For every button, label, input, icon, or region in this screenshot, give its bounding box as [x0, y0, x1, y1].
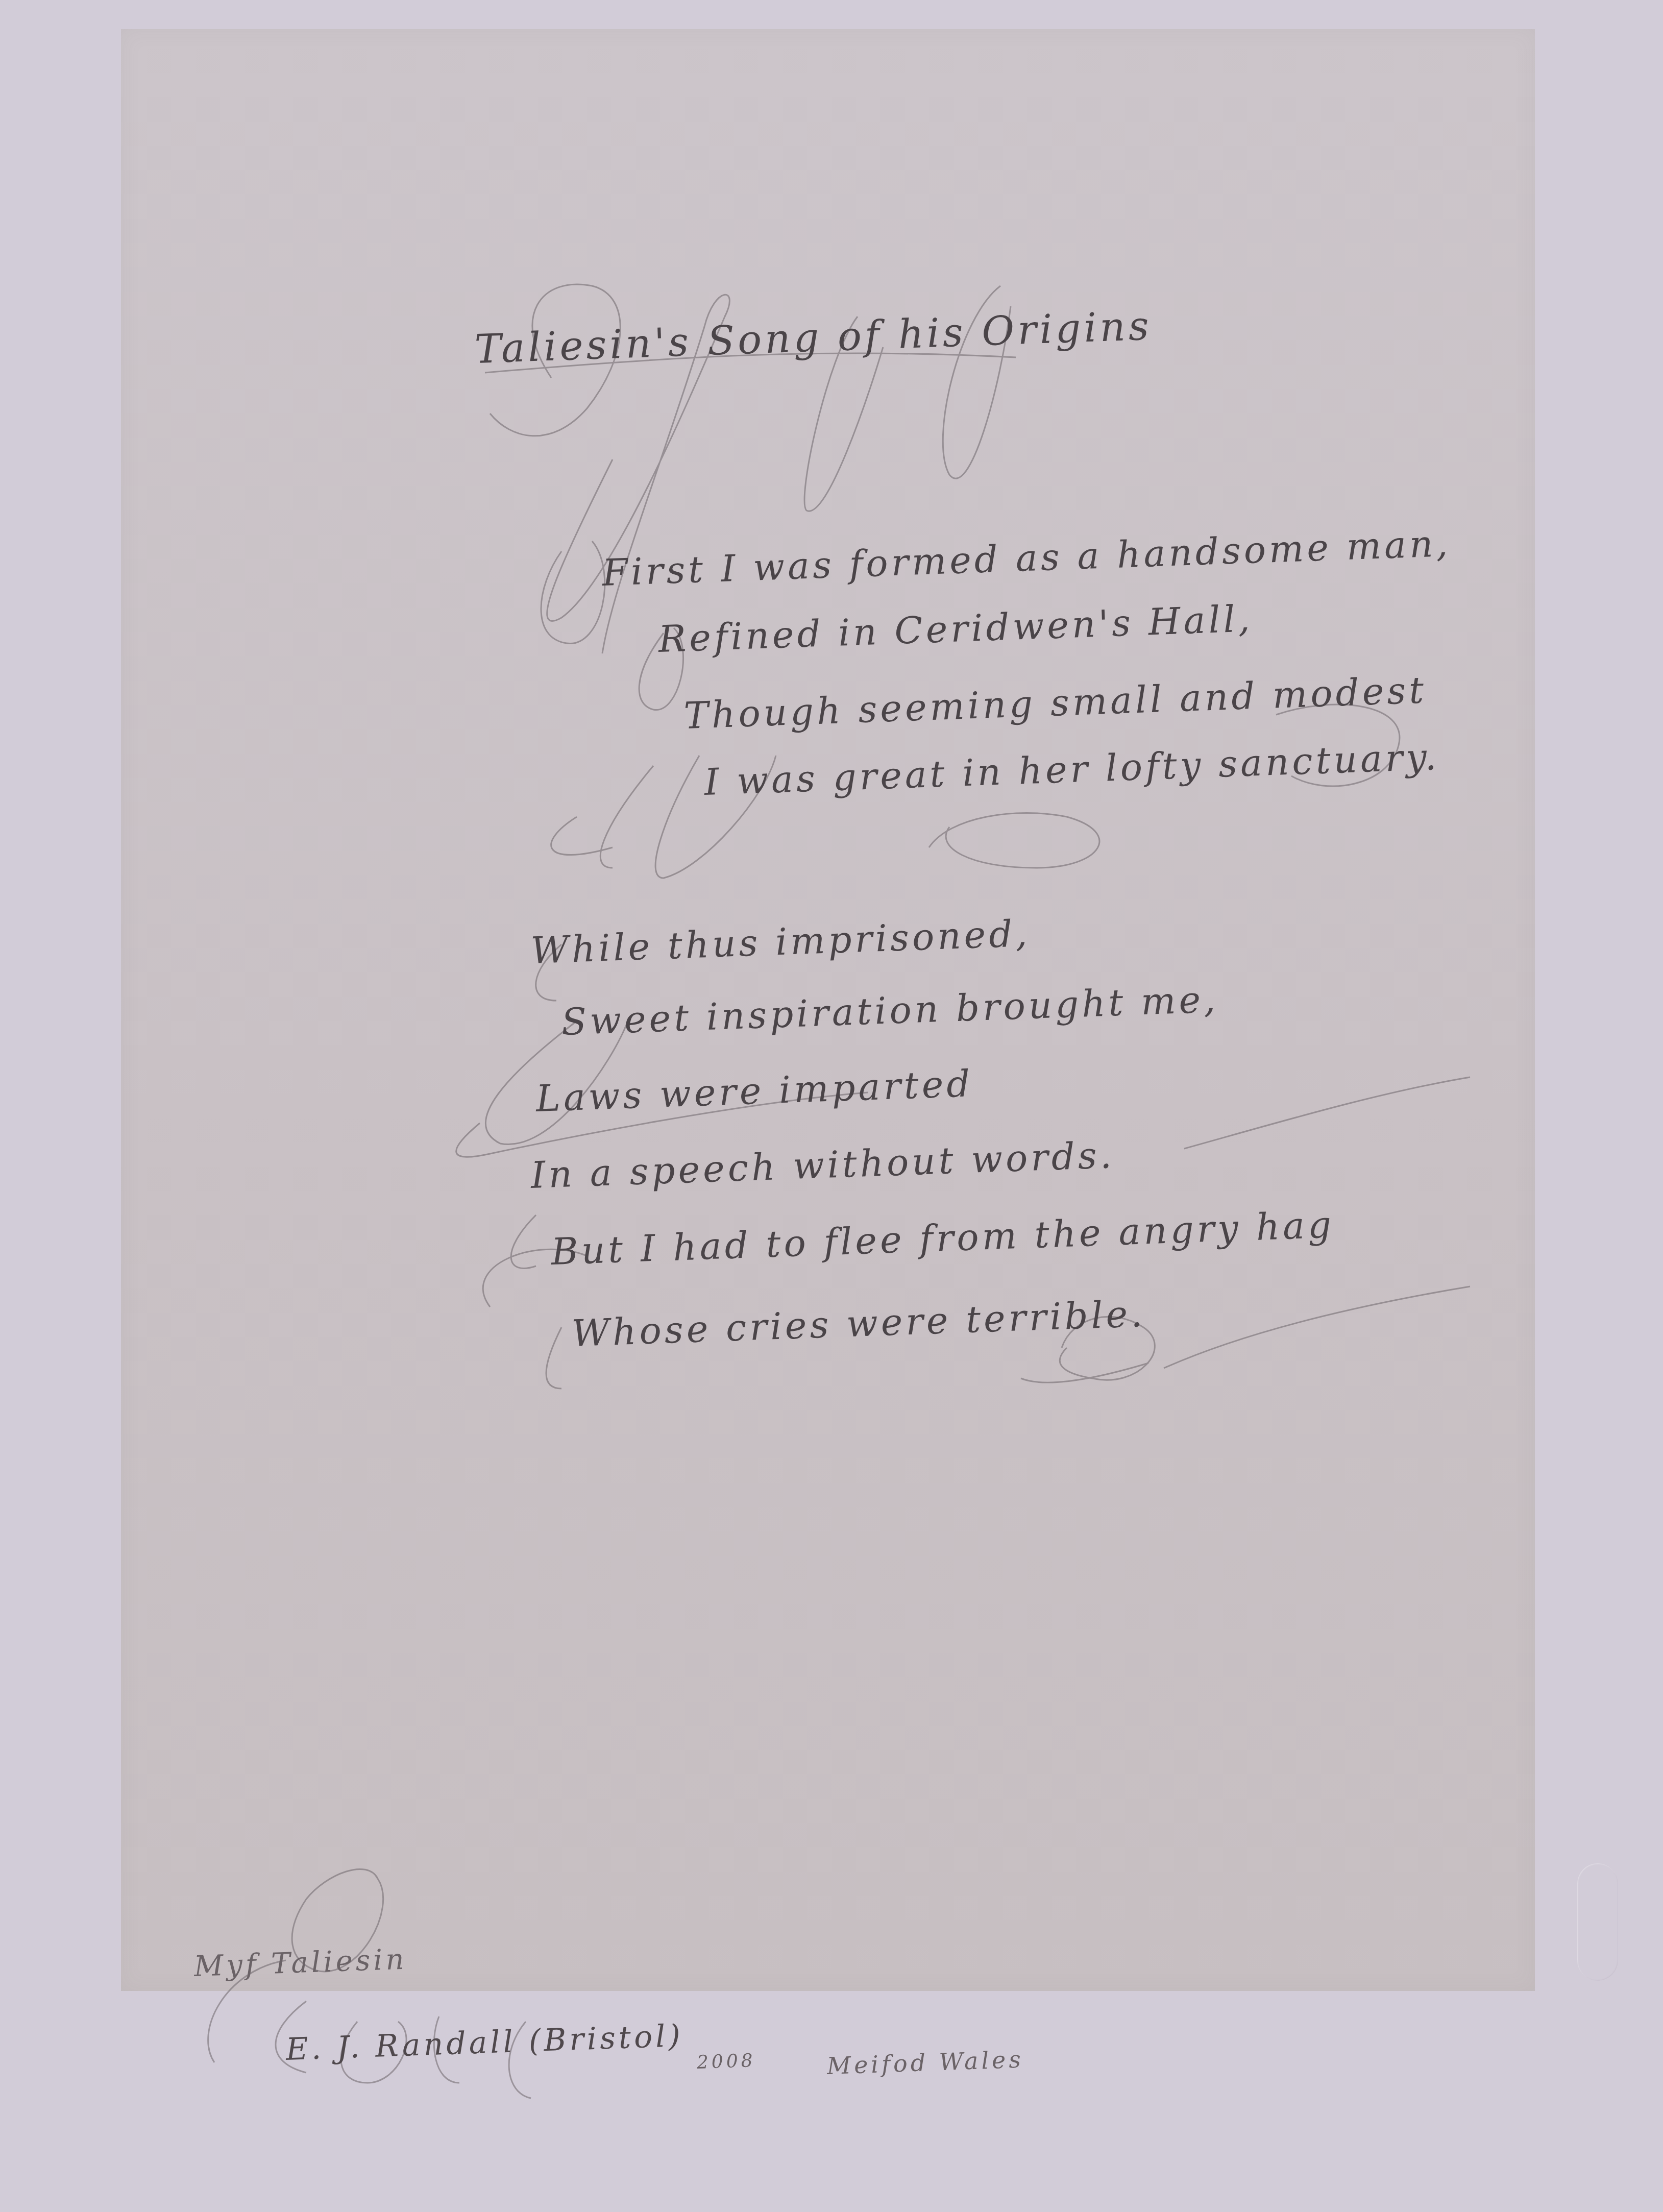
blind-stamp-emboss — [1577, 1863, 1618, 1981]
place: Meifod Wales — [826, 2046, 1024, 2080]
year: 2008 — [696, 2050, 756, 2073]
artist-signature: E. J. Randall (Bristol) — [285, 2018, 684, 2068]
